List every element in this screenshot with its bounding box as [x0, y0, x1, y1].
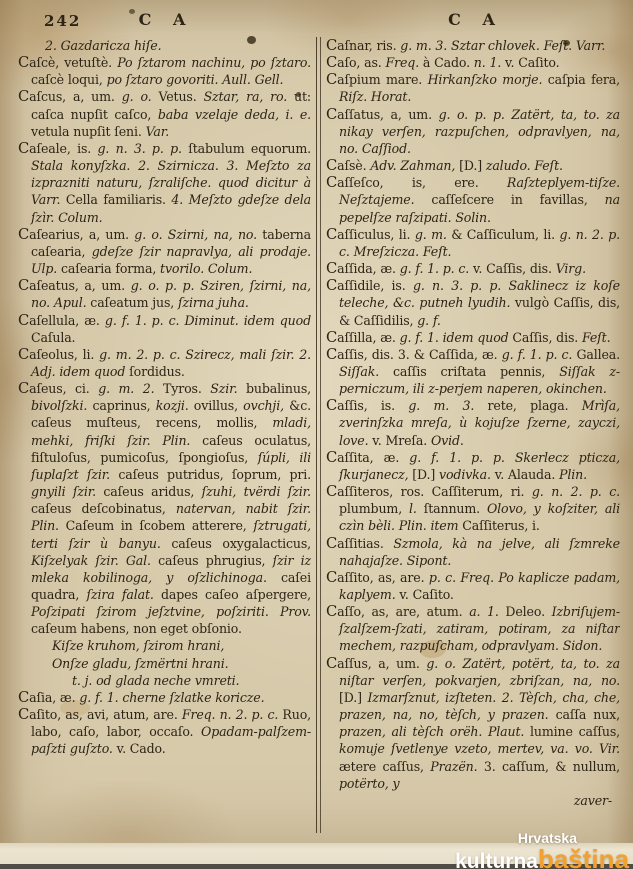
dictionary-entry: Caſſito, as, are. p. c. Freq. Po kaplicz…	[326, 569, 620, 603]
running-head-right: C A	[331, 10, 620, 29]
catchword: zaver-	[326, 792, 620, 809]
dictionary-entry: Caſeale, is. g. n. 3. p. p. ſtabulum equ…	[18, 140, 311, 226]
dictionary-entry: Caſo, as. Freq. à Cado. n. 1. v. Caſito.	[326, 54, 620, 71]
scanned-page: 242 C A C A 2. Gazdaricza hiſe.Caſcè, ve…	[0, 0, 633, 843]
dictionary-entry: Caſellula, æ. g. f. 1. p. c. Diminut. id…	[18, 312, 311, 346]
dictionary-entry: Caſcè, vetuſtè. Po ſztarom nachinu, po ſ…	[18, 54, 311, 88]
dictionary-entry: Caſſis, is. g. m. 3. rete, plaga. Mrìſa,…	[326, 397, 620, 448]
dictionary-entry: Caſſis, dis. 3. & Caſſida, æ. g. f. 1. p…	[326, 346, 620, 397]
dictionary-entry: Caſeolus, li. g. m. 2. p. c. Szirecz, ma…	[18, 346, 311, 380]
dictionary-entry: Caſſida, æ. g. f. 1. p. c. v. Caſſis, di…	[326, 260, 620, 277]
column-divider-rule	[316, 37, 321, 833]
watermark-kulturna: kulturna	[455, 850, 538, 869]
dictionary-entry: Caſſilla, æ. g. f. 1. idem quod Caſſis, …	[326, 329, 620, 346]
dictionary-entry: Caſsè. Adv. Zahman, [D.] zaludo. Feſt.	[326, 157, 620, 174]
dictionary-entry: Caſſita, æ. g. f. 1. p. p. Skerlecz ptic…	[326, 449, 620, 483]
dictionary-entry: Caſſiculus, li. g. m. & Caſſiculum, li. …	[326, 226, 620, 260]
dictionary-entry: Caſcus, a, um. g. o. Vetus. Sztar, ra, r…	[18, 88, 311, 139]
running-head-left: C A	[20, 10, 312, 29]
dictionary-entry: Caſeus, ci. g. m. 2. Tyros. Szir. bubali…	[18, 380, 311, 637]
dictionary-entry: Caſeatus, a, um. g. o. p. p. Sziren, ſzi…	[18, 277, 311, 311]
text-block: 2. Gazdaricza hiſe.Caſcè, vetuſtè. Po ſz…	[18, 37, 620, 839]
dictionary-entry: Caſſidile, is. g. n. 3. p. p. Saklinecz …	[326, 277, 620, 328]
dictionary-entry: Caſito, as, avi, atum, are. Freq. n. 2. …	[18, 706, 311, 757]
verse-lines: Kiſze kruhom, ſzirom hrani,Onſze gladu, …	[18, 637, 311, 688]
dictionary-entry: Caſpium mare. Hirkanſzko morje. caſpia f…	[326, 71, 620, 105]
dictionary-entry: Caſſiteros, ros. Caſſiterum, ri. g. n. 2…	[326, 483, 620, 534]
right-column: Caſnar, ris. g. m. 3. Sztar chlovek. Feſ…	[326, 37, 620, 839]
watermark-bastina: baština	[538, 844, 629, 869]
dictionary-entry: Caſia, æ. g. f. 1. cherne ſzlatke koricz…	[18, 689, 311, 706]
dictionary-entry: Caſearius, a, um. g. o. Szirni, na, no. …	[18, 226, 311, 277]
watermark-line1: Hrvatska	[455, 831, 577, 845]
left-column: 2. Gazdaricza hiſe.Caſcè, vetuſtè. Po ſz…	[18, 37, 311, 839]
dictionary-entry: Caſſeſco, is, ere. Raſzteplyem-tiſze. Ne…	[326, 174, 620, 225]
dictionary-entry: Caſſatus, a, um. g. o. p. p. Zatërt, ta,…	[326, 106, 620, 157]
dictionary-entry: Caſſitias. Szmola, kà na jelve, ali ſzmr…	[326, 535, 620, 569]
dictionary-entry: Caſnar, ris. g. m. 3. Sztar chlovek. Feſ…	[326, 37, 620, 54]
dictionary-entry: Caſſus, a, um. g. o. Zatërt, potërt, ta,…	[326, 655, 620, 792]
page-header: 242 C A C A	[0, 10, 633, 36]
dictionary-entry: Caſſo, as, are, atum. a. 1. Deleo. Izbri…	[326, 603, 620, 654]
watermark: Hrvatska kulturnabaština	[455, 831, 629, 869]
watermark-line2: kulturnabaština	[455, 846, 629, 869]
dictionary-entry: 2. Gazdaricza hiſe.	[18, 37, 311, 54]
